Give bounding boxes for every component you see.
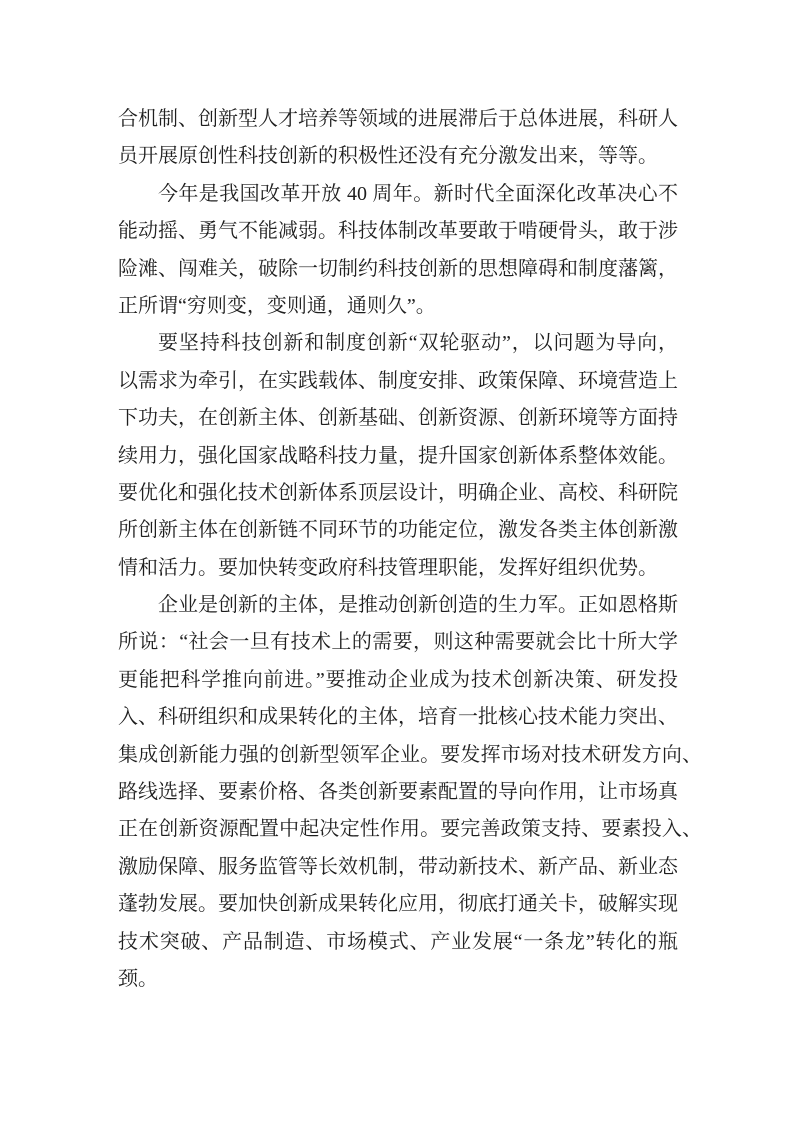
text-line: 更能把科学推向前进。”要推动企业成为技术创新决策、研发投 — [118, 662, 678, 699]
text-line: 险滩、闯难关，破除一切制约科技创新的思想障碍和制度藩篱， — [118, 251, 678, 288]
paragraph-1: 合机制、创新型人才培养等领域的进展滞后于总体进展，科研人 员开展原创性科技创新的… — [118, 101, 678, 176]
text-line: 情和活力。要加快转变政府科技管理职能，发挥好组织优势。 — [118, 550, 678, 587]
text-line: 员开展原创性科技创新的积极性还没有充分激发出来，等等。 — [118, 138, 678, 175]
text-line: 以需求为牵引，在实践载体、制度安排、政策保障、环境营造上 — [118, 363, 678, 400]
document-page: 合机制、创新型人才培养等领域的进展滞后于总体进展，科研人 员开展原创性科技创新的… — [0, 0, 793, 1122]
text-block: 合机制、创新型人才培养等领域的进展滞后于总体进展，科研人 员开展原创性科技创新的… — [118, 101, 678, 998]
text-line: 颈。 — [118, 961, 678, 998]
paragraph-2: 今年是我国改革开放 40 周年。新时代全面深化改革决心不 能动摇、勇气不能减弱。… — [118, 176, 678, 326]
text-line: 入、科研组织和成果转化的主体，培育一批核心技术能力突出、 — [118, 699, 678, 736]
text-line: 所创新主体在创新链不同环节的功能定位，激发各类主体创新激 — [118, 512, 678, 549]
text-line: 路线选择、要素价格、各类创新要素配置的导向作用，让市场真 — [118, 774, 678, 811]
text-line: 要优化和强化技术创新体系顶层设计，明确企业、高校、科研院 — [118, 475, 678, 512]
text-line: 要坚持科技创新和制度创新“双轮驱动”，以问题为导向， — [118, 325, 678, 362]
text-line: 合机制、创新型人才培养等领域的进展滞后于总体进展，科研人 — [118, 101, 678, 138]
text-line: 激励保障、服务监管等长效机制，带动新技术、新产品、新业态 — [118, 849, 678, 886]
text-line: 正在创新资源配置中起决定性作用。要完善政策支持、要素投入、 — [118, 811, 702, 848]
text-line: 技术突破、产品制造、市场模式、产业发展“一条龙”转化的瓶 — [118, 924, 678, 961]
text-line: 下功夫，在创新主体、创新基础、创新资源、创新环境等方面持 — [118, 400, 678, 437]
text-line: 蓬勃发展。要加快创新成果转化应用，彻底打通关卡，破解实现 — [118, 886, 678, 923]
text-line: 所说：“社会一旦有技术上的需要，则这种需要就会比十所大学 — [118, 624, 678, 661]
paragraph-4: 企业是创新的主体，是推动创新创造的生力军。正如恩格斯 所说：“社会一旦有技术上的… — [118, 587, 678, 998]
text-line: 正所谓“穷则变，变则通，通则久”。 — [118, 288, 678, 325]
text-line: 集成创新能力强的创新型领军企业。要发挥市场对技术研发方向、 — [118, 737, 702, 774]
text-line: 今年是我国改革开放 40 周年。新时代全面深化改革决心不 — [118, 176, 678, 213]
text-line: 企业是创新的主体，是推动创新创造的生力军。正如恩格斯 — [118, 587, 678, 624]
text-line: 能动摇、勇气不能减弱。科技体制改革要敢于啃硬骨头，敢于涉 — [118, 213, 678, 250]
text-line: 续用力，强化国家战略科技力量，提升国家创新体系整体效能。 — [118, 438, 678, 475]
paragraph-3: 要坚持科技创新和制度创新“双轮驱动”，以问题为导向， 以需求为牵引，在实践载体、… — [118, 325, 678, 587]
